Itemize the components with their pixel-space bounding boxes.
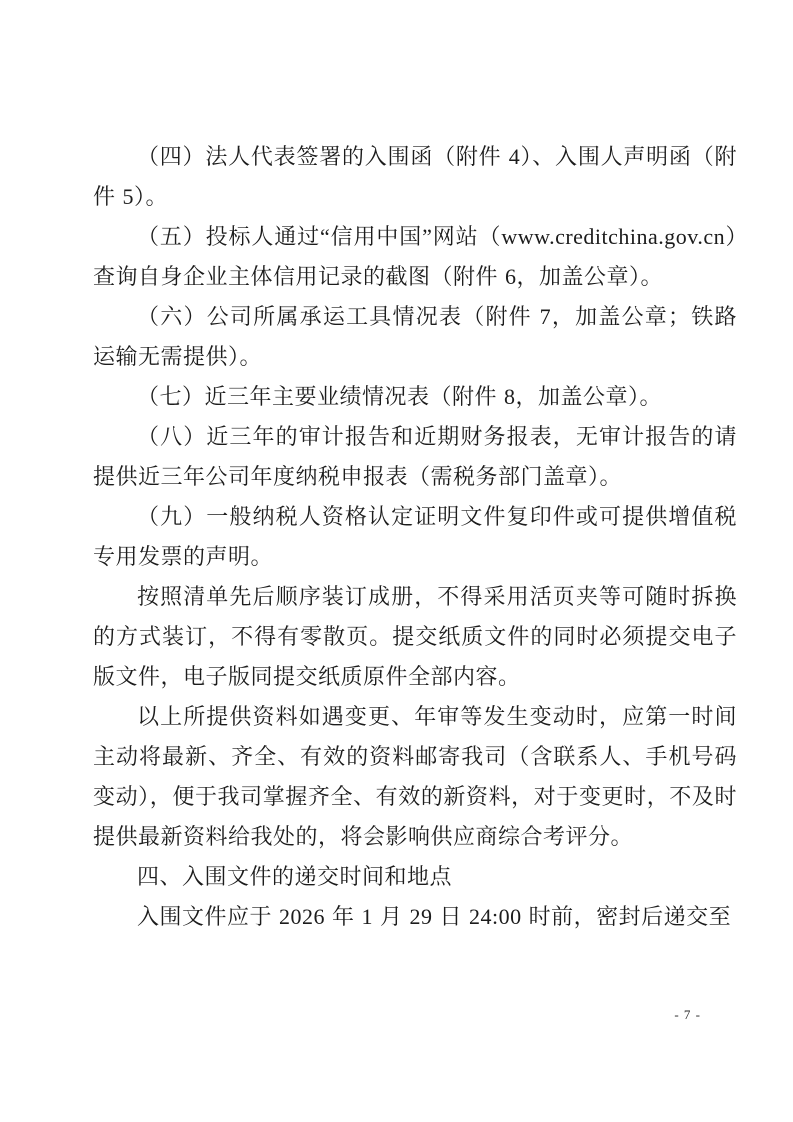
para-item-6: （六）公司所属承运工具情况表（附件 7，加盖公章；铁路运输无需提供）。 (93, 297, 737, 377)
document-page: （四）法人代表签署的入围函（附件 4）、入围人声明函（附件 5）。 （五）投标人… (0, 0, 793, 1122)
para-item-7: （七）近三年主要业绩情况表（附件 8，加盖公章）。 (93, 377, 737, 417)
section-heading-submission: 四、入围文件的递交时间和地点 (93, 857, 737, 897)
para-item-4: （四）法人代表签署的入围函（附件 4）、入围人声明函（附件 5）。 (93, 137, 737, 217)
page-number: - 7 - (674, 1006, 701, 1024)
para-update-notice: 以上所提供资料如遇变更、年审等发生变动时，应第一时间主动将最新、齐全、有效的资料… (93, 697, 737, 857)
para-item-9: （九）一般纳税人资格认定证明文件复印件或可提供增值税专用发票的声明。 (93, 497, 737, 577)
para-item-8: （八）近三年的审计报告和近期财务报表，无审计报告的请提供近三年公司年度纳税申报表… (93, 417, 737, 497)
para-binding-instructions: 按照清单先后顺序装订成册，不得采用活页夹等可随时拆换的方式装订，不得有零散页。提… (93, 577, 737, 697)
document-body: （四）法人代表签署的入围函（附件 4）、入围人声明函（附件 5）。 （五）投标人… (93, 137, 737, 937)
para-submission-deadline: 入围文件应于 2026 年 1 月 29 日 24:00 时前，密封后递交至 (93, 897, 737, 937)
para-item-5: （五）投标人通过“信用中国”网站（www.creditchina.gov.cn）… (93, 217, 737, 297)
